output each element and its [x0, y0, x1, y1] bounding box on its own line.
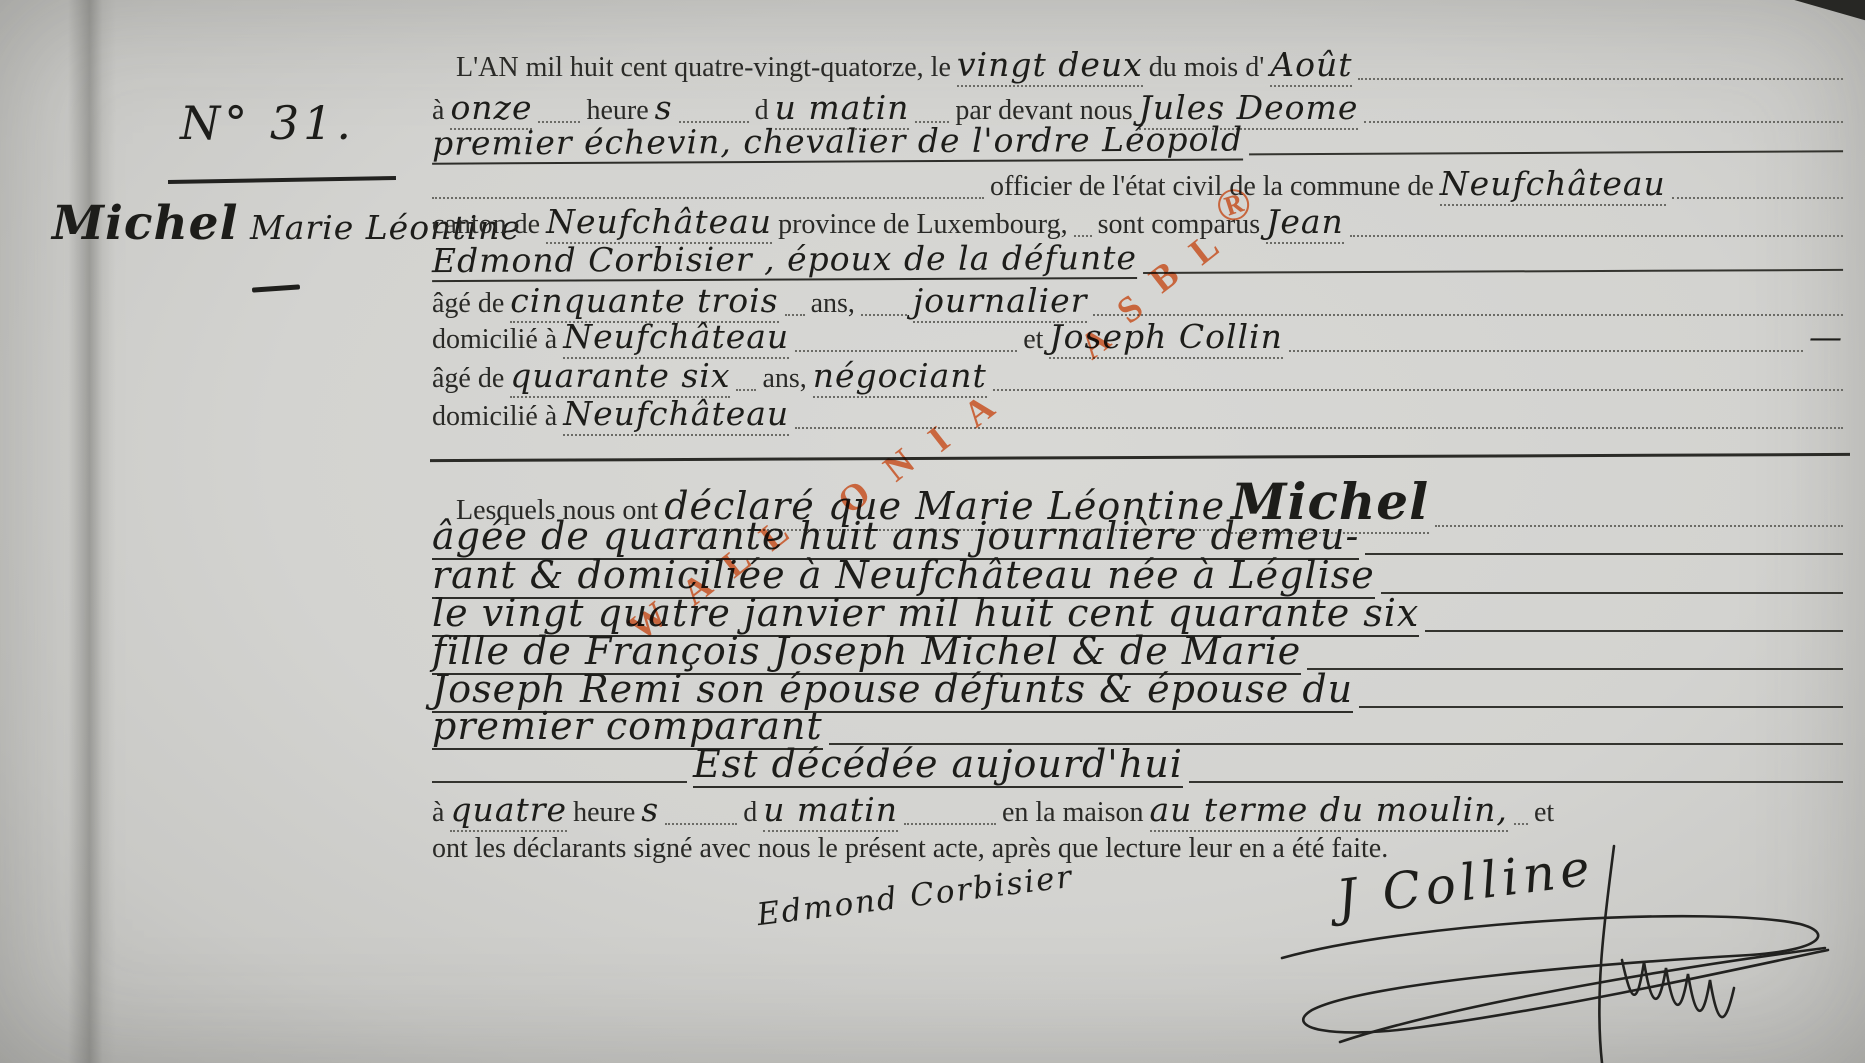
- act-number: N° 31.: [180, 96, 355, 150]
- hw-declarant1-name: Edmond Corbisier , époux de la défunte: [432, 238, 1137, 282]
- hw-commune: Neufchâteau: [1440, 164, 1666, 206]
- hw-death-meridiem: u matin: [763, 790, 898, 832]
- hw-death-hour: quatre: [450, 790, 567, 832]
- dotted-filler: [1672, 197, 1843, 199]
- margin-dash: [252, 284, 300, 292]
- margin-surname: Michel: [52, 196, 238, 251]
- printed-aged-label: âgé de: [432, 288, 504, 320]
- printed-year: L'AN mil huit cent quatre-vingt-quatorze…: [456, 52, 951, 84]
- printed-years-label: ans,: [762, 363, 806, 395]
- hw-declarant2-age: quarante six: [510, 356, 730, 398]
- dotted-filler: [1093, 314, 1843, 316]
- printed-d: d: [743, 797, 757, 829]
- hw-declarant1-domicile: Neufchâteau: [563, 317, 789, 359]
- dotted-filler: [861, 314, 907, 316]
- act-number-underline: [168, 176, 396, 184]
- printed-canton-label: canton de: [432, 209, 540, 241]
- printed-at: à: [432, 797, 444, 829]
- hw-declarant2-domicile: Neufchâteau: [563, 394, 789, 436]
- printed-province: province de Luxembourg,: [778, 209, 1068, 241]
- printed-hour-label: heure: [573, 797, 635, 829]
- printed-and: et: [1534, 797, 1554, 829]
- solid-filler: [1249, 150, 1843, 155]
- hw-trailing-dash: —: [1809, 317, 1843, 356]
- signature-flourish: [1280, 830, 1865, 1063]
- dotted-filler: [736, 389, 756, 391]
- hw-death-place: au terme du moulin,: [1150, 790, 1508, 832]
- line-date: L'AN mil huit cent quatre-vingt-quatorze…: [432, 45, 1843, 87]
- printed-years-label: ans,: [811, 288, 855, 320]
- printed-closing-formula: ont les déclarants signé avec nous le pr…: [432, 833, 1388, 865]
- solid-filler: [432, 781, 687, 783]
- dotted-filler: [432, 197, 984, 199]
- dotted-filler: [1514, 823, 1528, 825]
- dotted-filler: [1074, 235, 1092, 237]
- line-death-hour-place: à quatre heure s d u matin en la maison …: [432, 790, 1843, 832]
- page-corner-mark: [1785, 0, 1865, 32]
- line-official-title: premier échevin, chevalier de l'ordre Lé…: [432, 116, 1843, 164]
- line-commune: officier de l'état civil de la commune d…: [432, 164, 1843, 206]
- hw-month: Août: [1270, 45, 1352, 87]
- hw-official-title: premier échevin, chevalier de l'ordre Lé…: [432, 119, 1243, 164]
- signature-declarant1: Edmond Corbisier: [755, 859, 1075, 934]
- solid-filler: [1143, 269, 1843, 274]
- hw-canton: Neufchâteau: [546, 202, 772, 244]
- dotted-filler: [904, 823, 996, 825]
- printed-in-house: en la maison: [1002, 797, 1144, 829]
- printed-and: et: [1023, 324, 1043, 356]
- printed-aged-label: âgé de: [432, 363, 504, 395]
- line-declarant2-age: âgé de quarante six ans, négociant: [432, 356, 1843, 398]
- line-declarant1-name: Edmond Corbisier , époux de la défunte: [432, 235, 1843, 282]
- hw-day: vingt deux: [957, 45, 1143, 87]
- dotted-filler: [665, 823, 737, 825]
- printed-domiciled-label: domicilié à: [432, 401, 557, 433]
- dotted-filler: [993, 389, 1843, 391]
- dotted-filler: [795, 427, 1843, 429]
- hw-hour-plural: s: [641, 790, 659, 829]
- dotted-filler: [1289, 350, 1803, 352]
- hw-declarant2-occupation: négociant: [813, 356, 987, 398]
- line-death-statement: Est décédée aujourd'hui: [432, 742, 1843, 788]
- dotted-filler: [785, 314, 805, 316]
- dotted-filler: [795, 350, 1017, 352]
- section-divider-line: [430, 453, 1850, 462]
- printed-month-label: du mois d': [1149, 52, 1265, 84]
- hw-death-statement: Est décédée aujourd'hui: [693, 742, 1183, 788]
- printed-domiciled-label: domicilié à: [432, 324, 557, 356]
- line-declarant2-domicile: domicilié à Neufchâteau: [432, 394, 1843, 436]
- solid-filler: [1189, 781, 1843, 783]
- printed-at: à: [432, 95, 444, 127]
- book-binding-edge: [68, 0, 116, 1063]
- death-certificate-scan: N° 31. Michel Marie Léontine L'AN mil hu…: [0, 0, 1865, 1063]
- dotted-filler: [1358, 78, 1843, 80]
- hw-hour-plural: s: [655, 88, 673, 127]
